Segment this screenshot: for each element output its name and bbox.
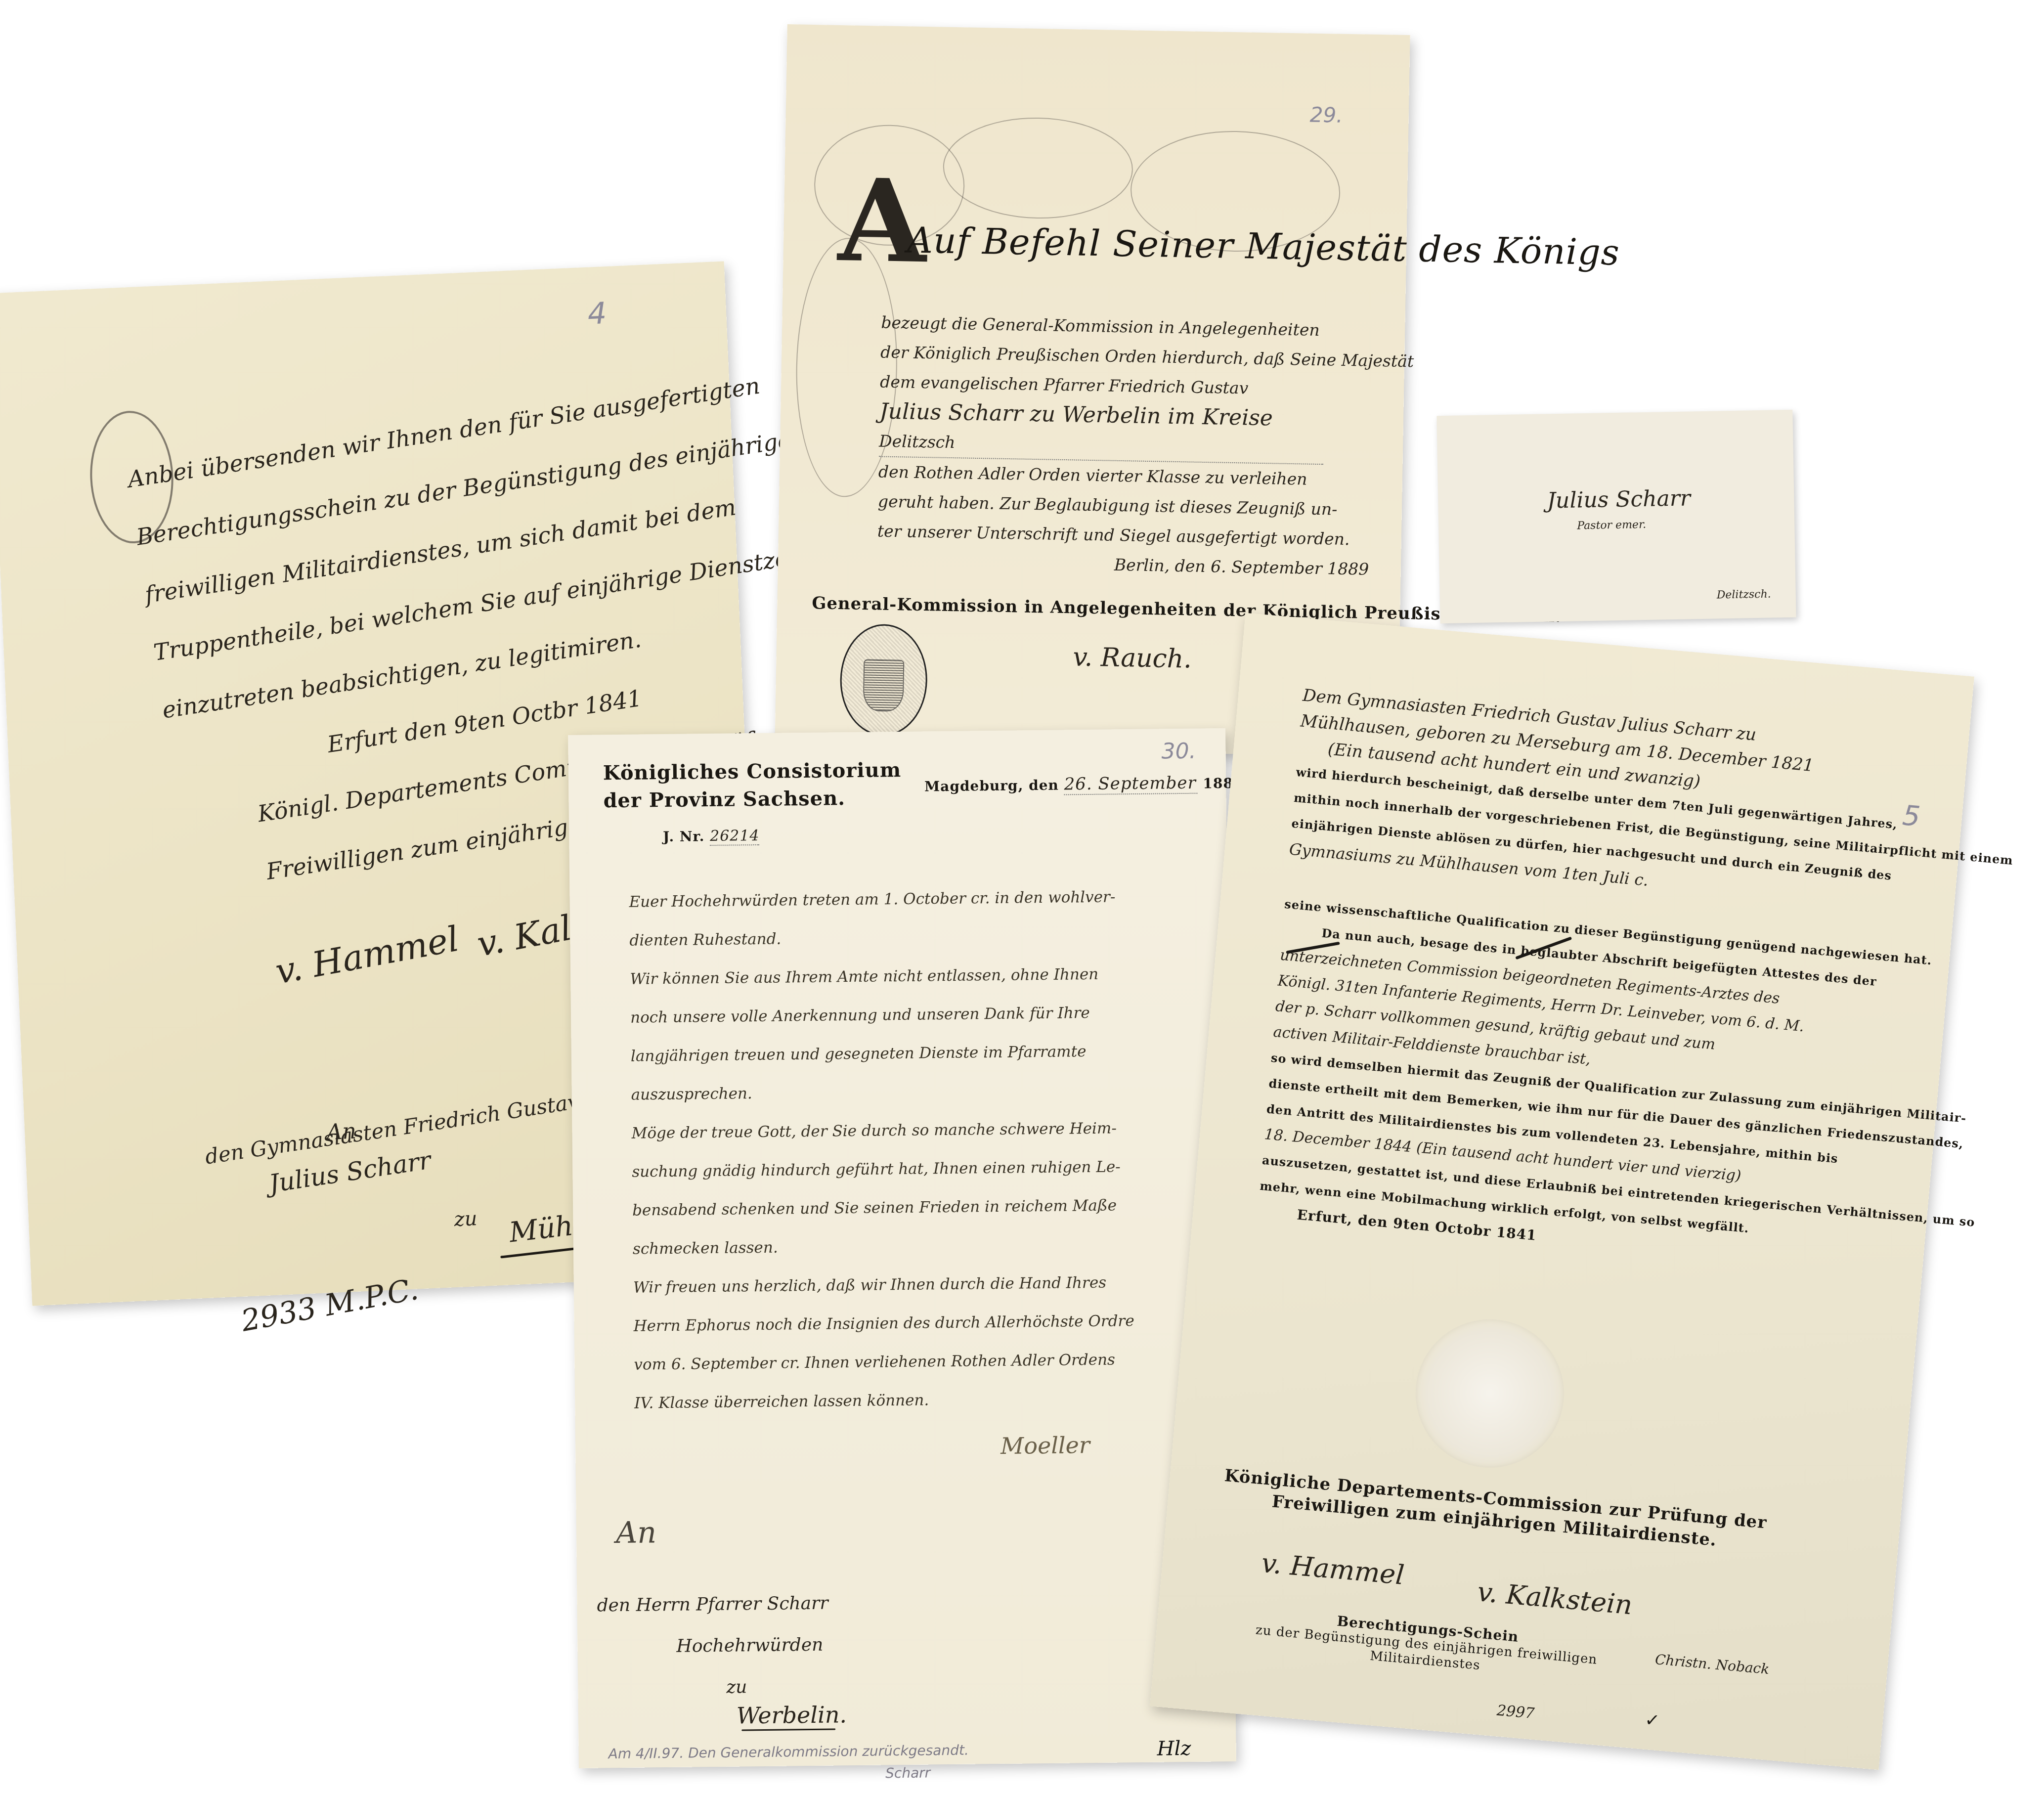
- body-line: langjährigen treuen und gesegneten Diens…: [630, 1032, 1131, 1076]
- eagle-shield-icon: [863, 659, 905, 712]
- body-line: Herrn Ephorus noch die Insignien des dur…: [633, 1302, 1134, 1346]
- body-line: noch unsere volle Anerkennung und unsere…: [630, 993, 1131, 1037]
- body-line: Wir können Sie aus Ihrem Amte nicht entl…: [630, 955, 1131, 999]
- body-line: Wir freuen uns herzlich, daß wir Ihnen d…: [633, 1263, 1134, 1307]
- body-line: schmecken lassen.: [633, 1224, 1134, 1268]
- body-line: dienten Ruhestand.: [629, 916, 1131, 960]
- archive-number: 29.: [1309, 103, 1343, 128]
- letterhead-line-2: der Provinz Sachsen.: [603, 786, 772, 815]
- decree-body: bezeugt die General-Kommission in Angele…: [876, 308, 1414, 585]
- card-name: Julius Scharr: [1547, 485, 1691, 513]
- calling-card: Julius Scharr Pastor emer. Delitzsch.: [1436, 410, 1796, 624]
- ref-label: J. Nr.: [663, 828, 704, 845]
- date-value: 26. September: [1064, 773, 1197, 795]
- initials: Hlz: [1157, 1737, 1191, 1760]
- consistorium-letter-1889: 30. Königliches Consistorium der Provinz…: [568, 728, 1236, 1768]
- authority-block: Königliche Departements-Commission zur P…: [1222, 1465, 1768, 1556]
- body-line: bensabend schenken und Sie seinen Friede…: [632, 1186, 1133, 1230]
- reference-number: 2933 M.P.C.: [239, 1272, 421, 1339]
- underline: [741, 1728, 835, 1731]
- body-line: IV. Klasse überreichen lassen können.: [634, 1379, 1135, 1423]
- address-place: Werbelin.: [737, 1701, 847, 1729]
- signer-note: Christn. Noback: [1654, 1651, 1770, 1677]
- place-label: Magdeburg, den: [924, 777, 1059, 795]
- address-line: Hochehrwürden: [597, 1624, 829, 1668]
- body-line: suchung gnädig hindurch geführt hat, Ihn…: [632, 1147, 1133, 1191]
- signature: v. Rauch.: [1073, 642, 1192, 674]
- body-line: Möge der treue Gott, der Sie durch so ma…: [631, 1109, 1132, 1153]
- certificate-body: Dem Gymnasiasten Friedrich Gustav Julius…: [1257, 683, 2023, 1287]
- ref-value: 26214: [710, 827, 760, 846]
- doc-title-block: Berechtigungs-Schein zu der Begünstigung…: [1254, 1607, 1599, 1684]
- pencil-signature: Scharr: [885, 1764, 930, 1781]
- embossed-seal: [1409, 1313, 1570, 1474]
- signature: Moeller: [1000, 1432, 1090, 1459]
- coat-of-arms-seal: [839, 623, 928, 737]
- pencil-note: Am 4/II.97. Den Generalkommission zurück…: [609, 1742, 969, 1762]
- date-line: Magdeburg, den 26. September 1889: [924, 773, 1243, 797]
- certificate-1841: 5 Dem Gymnasiasten Friedrich Gustav Juli…: [1150, 613, 1974, 1770]
- letterhead: Königliches Consistorium der Provinz Sac…: [603, 758, 772, 815]
- signature-1: v. Hammel: [1260, 1547, 1405, 1591]
- archive-number: 4: [587, 296, 607, 332]
- letter-body: Euer Hochehrwürden treten am 1. October …: [629, 877, 1135, 1423]
- check-mark-icon: ✓: [1644, 1710, 1661, 1731]
- address-zu: zu: [454, 1207, 478, 1231]
- card-title: Pastor emer.: [1577, 519, 1646, 532]
- bottom-number: 2997: [1496, 1702, 1535, 1723]
- body-line: auszusprechen.: [631, 1070, 1132, 1114]
- card-place: Delitzsch.: [1717, 588, 1771, 602]
- letterhead-line-1: Königliches Consistorium: [603, 758, 772, 787]
- signature-2: v. Kalkstein: [1476, 1576, 1634, 1620]
- address-block: den Gymnasiasten Friedrich Gustav Julius…: [204, 1089, 587, 1207]
- signature-1: v. Hammel: [272, 918, 462, 992]
- address-prefix: An: [616, 1515, 657, 1550]
- reference: J. Nr. 26214: [663, 827, 760, 845]
- body-line: Euer Hochehrwürden treten am 1. October …: [629, 877, 1130, 921]
- archive-number: 30.: [1161, 739, 1196, 764]
- address-line: den Herrn Pfarrer Scharr: [597, 1583, 828, 1627]
- decree-heading: Auf Befehl Seiner Majestät des Königs: [907, 219, 1620, 273]
- body-line: vom 6. September cr. Ihnen verliehenen R…: [634, 1340, 1135, 1384]
- address-block: den Herrn Pfarrer Scharr Hochehrwürden z…: [597, 1583, 829, 1710]
- flourish: [942, 116, 1134, 220]
